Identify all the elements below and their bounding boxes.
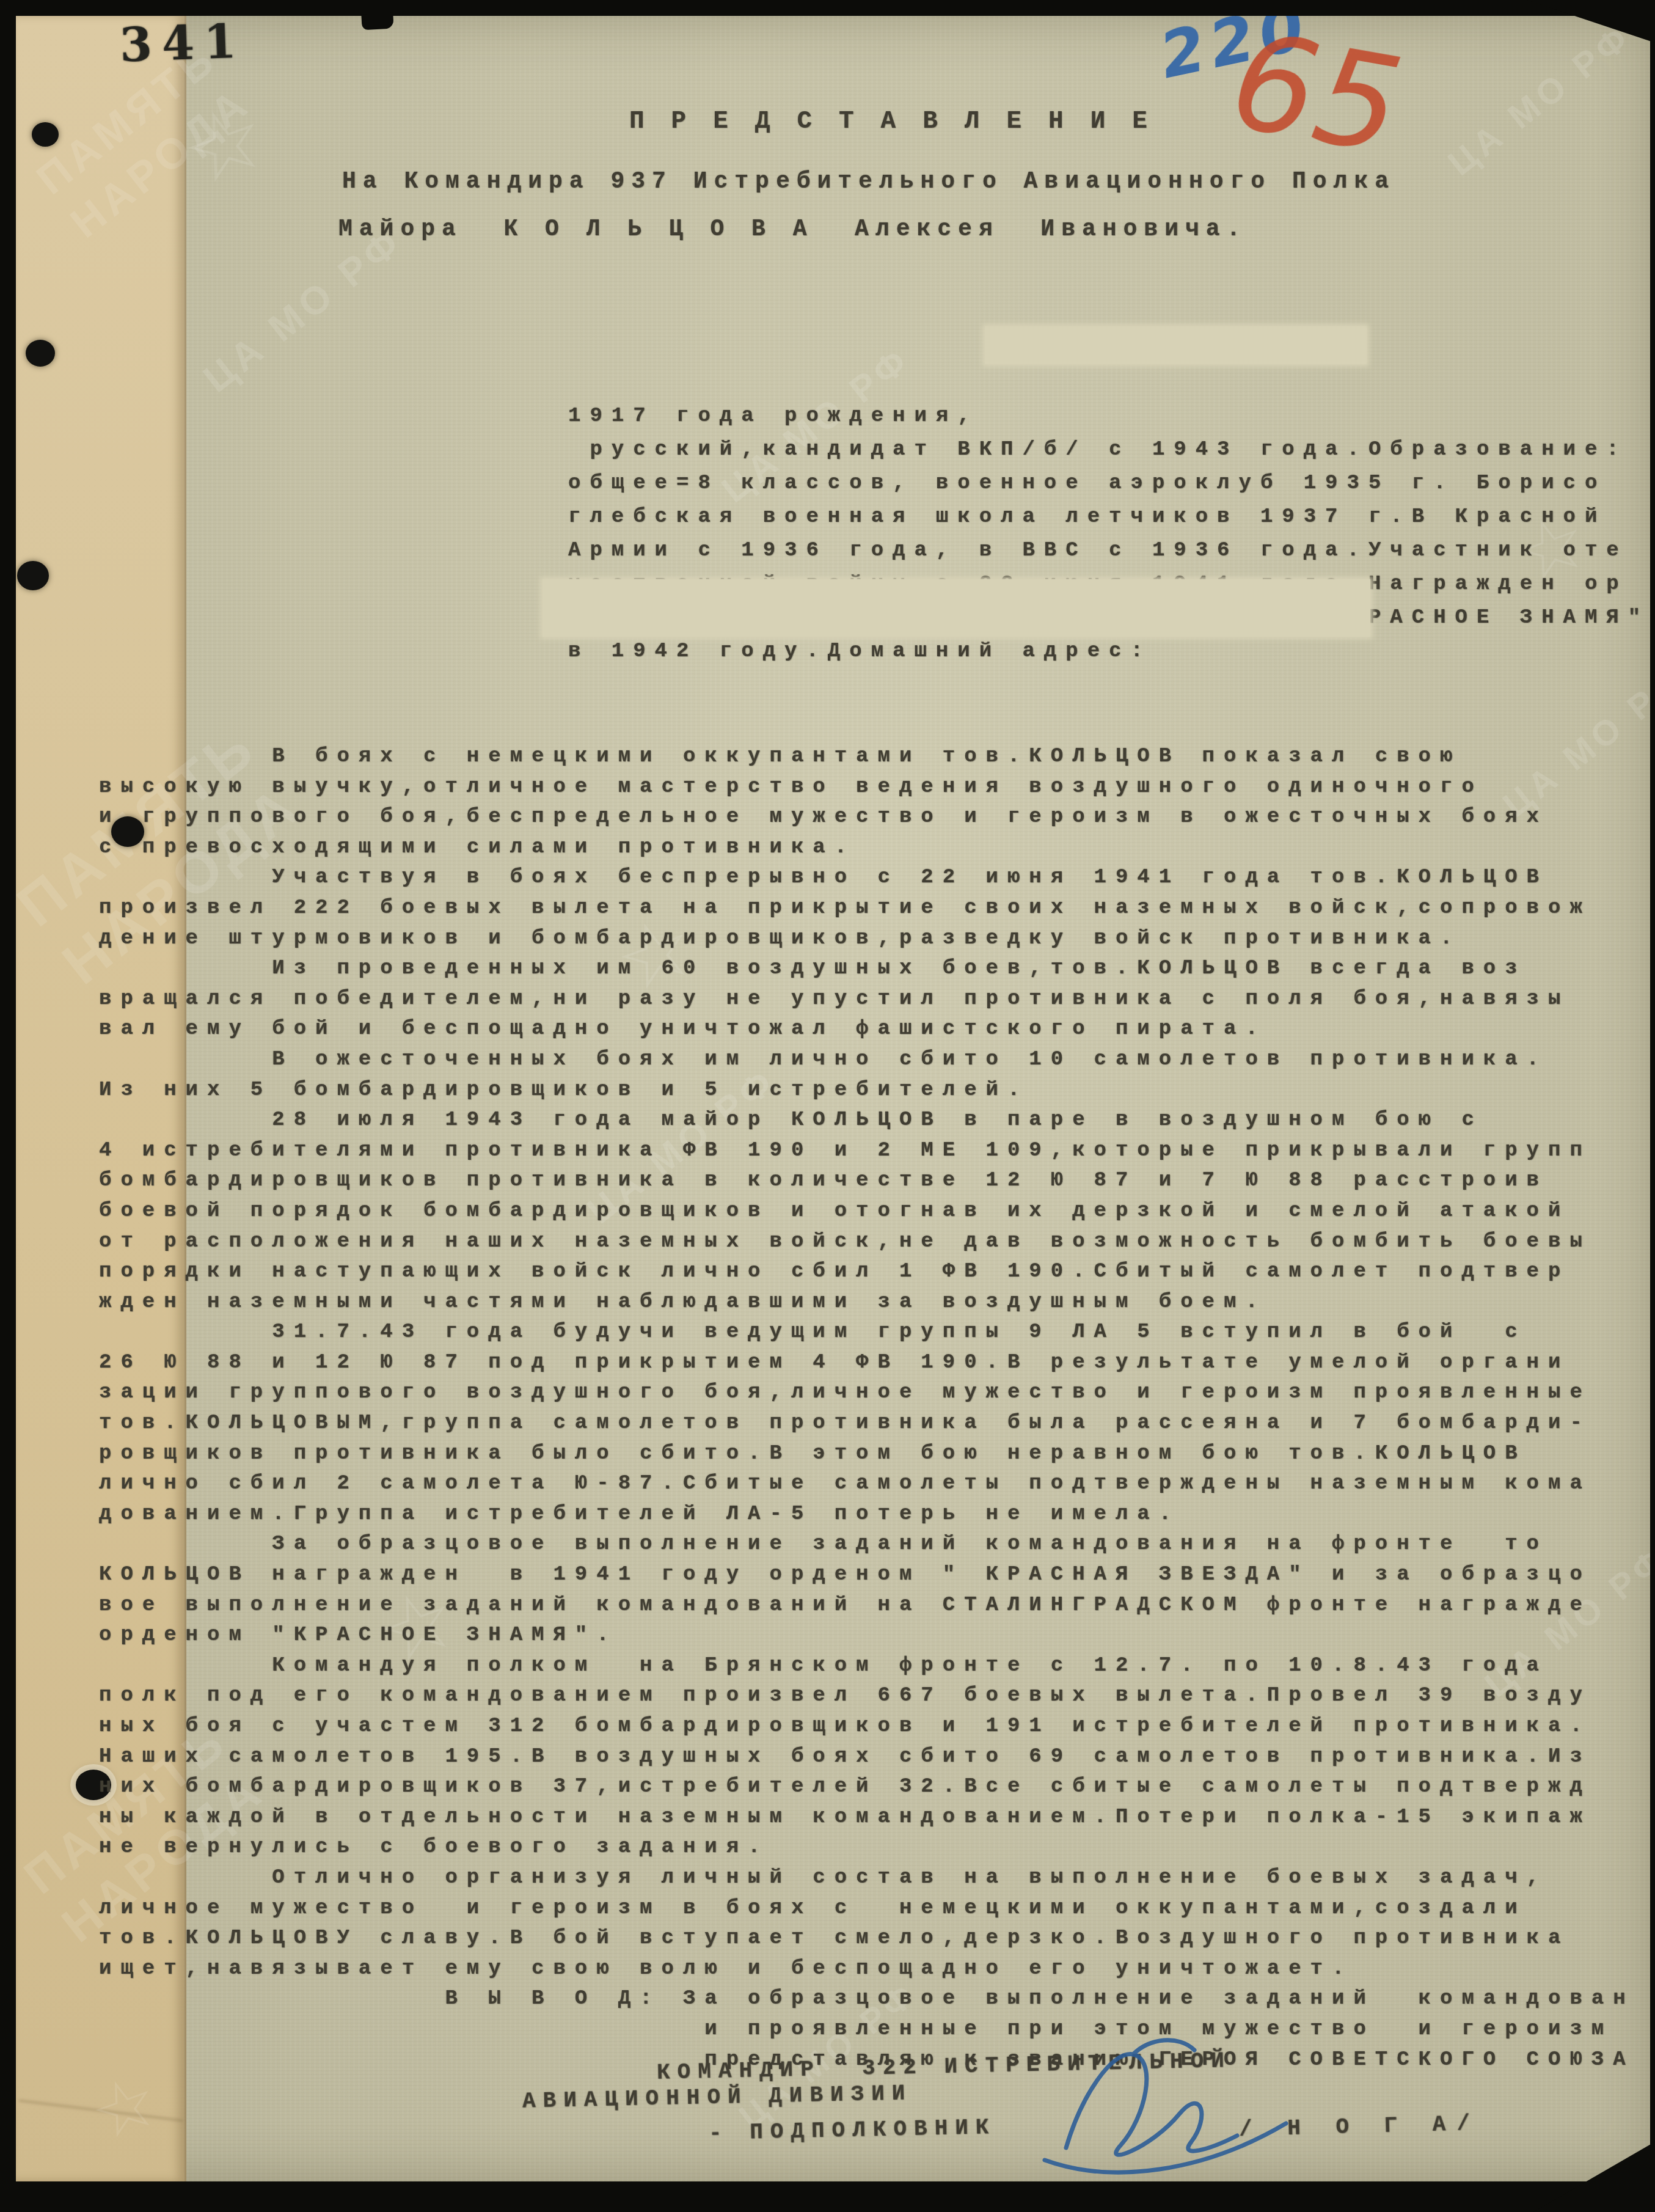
citation-line: полк под его командованием произвел 667 …: [99, 1681, 1635, 1712]
citation-line: В Ы В О Д: За образцовое выполнение зада…: [99, 1984, 1635, 2015]
document-subtitle: На Командира 937 Истребительного Авиацио…: [342, 169, 1395, 195]
citation-line: бомбардировщиков противника в количестве…: [99, 1166, 1635, 1196]
citation-line: КОЛЬЦОВ награжден в 1941 году орденом " …: [99, 1560, 1635, 1591]
citation-line: Участвуя в боях беспрерывно с 22 июня 19…: [99, 863, 1635, 893]
scan-border: [1650, 0, 1655, 2212]
redaction-block: [543, 579, 1370, 637]
citation-line: высокую выучку,отличное мастерство веден…: [99, 772, 1635, 803]
citation-line: личное мужество и героизм в боях с немец…: [99, 1894, 1635, 1924]
citation-line: Командуя полком на Брянском фронте с 12.…: [99, 1651, 1635, 1682]
citation-line: не вернулись с боевого задания.: [99, 1833, 1635, 1863]
scanned-document: ЦА МО РФ ЦА МО РФ ЦА МО РФ ЦА МО РФ ЦА М…: [0, 0, 1655, 2212]
punch-hole: [17, 561, 49, 590]
citation-line: них бомбардировщиков 37,истребителей 32.…: [99, 1772, 1635, 1803]
citation-line: вращался победителем,ни разу не упустил …: [99, 984, 1635, 1015]
biography-line: русский,кандидат ВКП/б/ с 1943 года.Обра…: [568, 433, 1650, 467]
scan-border: [0, 2181, 1655, 2212]
citation-line: дованием.Группа истребителей ЛА-5 потерь…: [99, 1500, 1635, 1530]
citation-line: 31.7.43 года будучи ведущим группы 9 ЛА …: [99, 1317, 1635, 1348]
citation-line: 28 июля 1943 года майор КОЛЬЦОВ в паре в…: [99, 1105, 1635, 1136]
citation-line: и группового боя,беспредельное мужество …: [99, 802, 1635, 833]
document-subtitle-name: Майора К О Л Ь Ц О В А Алексея Ивановича…: [338, 216, 1247, 243]
citation-line: тов.КОЛЬЦОВЫМ,группа самолетов противник…: [99, 1408, 1635, 1439]
citation-line: дение штурмовиков и бомбардировщиков,раз…: [99, 924, 1635, 954]
citation-line: ны каждой в отдельности наземным командо…: [99, 1803, 1635, 1833]
biography-line: 1917 года рождения,: [568, 400, 1650, 433]
citation-line: боевой порядок бомбардировщиков и отогна…: [99, 1196, 1635, 1227]
biography-line: Армии с 1936 года, в ВВС с 1936 года.Уча…: [568, 534, 1650, 568]
citation-line: вое выполнение заданий командований на С…: [99, 1591, 1635, 1621]
citation-line: и проявленные при этом мужество и героиз…: [99, 2015, 1635, 2045]
citation-line: ищет,навязывает ему свою волю и беспощад…: [99, 1954, 1635, 1985]
citation-line: ных боя с участем 312 бомбардировщиков и…: [99, 1712, 1635, 1742]
citation-line: В ожесточенных боях им лично сбито 10 са…: [99, 1045, 1635, 1075]
citation-line: лично сбил 2 самолета Ю-87.Сбитые самоле…: [99, 1469, 1635, 1500]
citation-line: орденом "КРАСНОЕ ЗНАМЯ".: [99, 1621, 1635, 1651]
citation-line: Наших самолетов 195.В воздушных боях сби…: [99, 1742, 1635, 1773]
citation-line: произвел 222 боевых вылета на прикрытие …: [99, 893, 1635, 924]
citation-line: вал ему бой и беспощадно уничтожал фашис…: [99, 1014, 1635, 1045]
handwritten-red-number: 65: [1221, 4, 1412, 184]
biography-line: общее=8 классов, военное аэроклуб 1935 г…: [568, 467, 1650, 500]
document-title: ПРЕДСТАВЛЕНИЕ: [629, 108, 1174, 136]
scan-border: [0, 0, 16, 2212]
citation-line: Из проведенных им 60 воздушных боев,тов.…: [99, 954, 1635, 984]
punch-hole: [32, 122, 59, 147]
citation-line: от расположения наших наземных войск,не …: [99, 1227, 1635, 1258]
biography-line: глебская военная школа летчиков 1937 г.В…: [568, 500, 1650, 534]
citation-line: 26 Ю 88 и 12 Ю 87 под прикрытием 4 ФВ 19…: [99, 1348, 1635, 1379]
citation-line: порядки наступающих войск лично сбил 1 Ф…: [99, 1257, 1635, 1287]
citation-line: В боях с немецкими оккупантами тов.КОЛЬЦ…: [99, 742, 1635, 772]
punch-hole: [26, 340, 55, 367]
citation-line: жден наземными частями наблюдавшими за в…: [99, 1287, 1635, 1318]
scan-border: [0, 0, 1655, 16]
citation-body: В боях с немецкими оккупантами тов.КОЛЬЦ…: [99, 672, 1635, 2075]
citation-line: 4 истребителями противника ФВ 190 и 2 МЕ…: [99, 1136, 1635, 1166]
citation-line: с превосходящими силами противника.: [99, 833, 1635, 863]
redaction-block: [985, 326, 1367, 364]
citation-line: За образцовое выполнение заданий командо…: [99, 1529, 1635, 1560]
scan-edge-notch: [361, 13, 393, 31]
citation-line: тов.КОЛЬЦОВУ славу.В бой вступает смело,…: [99, 1924, 1635, 1954]
citation-line: Отлично организуя личный состав на выпол…: [99, 1863, 1635, 1894]
archive-page-number-stamp: 341: [119, 13, 247, 72]
biography-line: в 1942 году.Домашний адрес:: [568, 635, 1650, 668]
citation-line: ровщиков противника было сбито.В этом бо…: [99, 1439, 1635, 1470]
citation-line: Из них 5 бомбардировщиков и 5 истребител…: [99, 1075, 1635, 1106]
handwritten-signature-ink: [1008, 2016, 1313, 2200]
citation-line: зации группового воздушного боя,личное м…: [99, 1378, 1635, 1408]
